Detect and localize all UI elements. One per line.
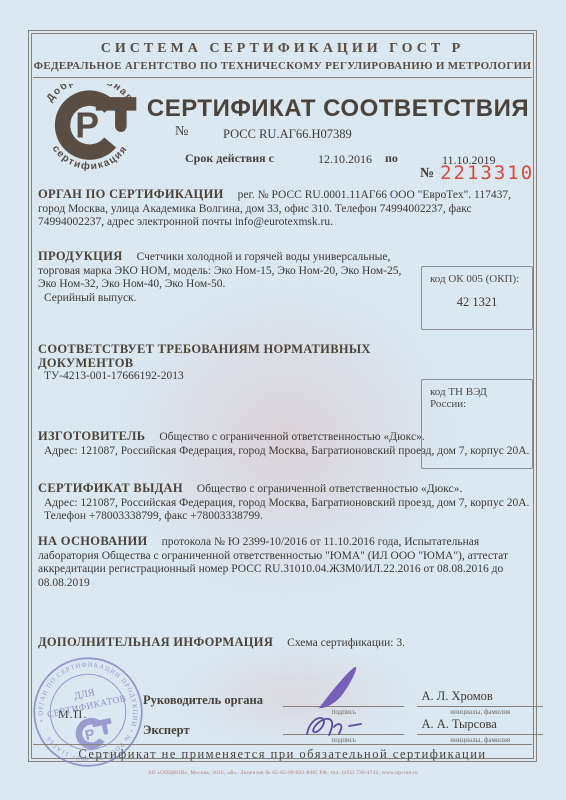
name-caption: инициалы, фамилия <box>417 736 543 744</box>
cert-number-value: РОСС RU.АГ66.Н07389 <box>223 127 352 142</box>
section-conformity: СООТВЕТСТВУЕТ ТРЕБОВАНИЯМ НОРМАТИВНЫХ ДО… <box>38 343 420 384</box>
issued-to-text: Общество с ограниченной ответственностью… <box>197 483 462 495</box>
okp-code-box: код ОК 005 (ОКП): 42 1321 <box>421 266 533 330</box>
validity-to-label: по <box>385 151 398 166</box>
issued-to-label: СЕРТИФИКАТ ВЫДАН <box>38 481 183 495</box>
conformity-label: СООТВЕТСТВУЕТ ТРЕБОВАНИЯМ НОРМАТИВНЫХ ДО… <box>38 343 420 370</box>
header-divider <box>33 77 532 78</box>
certificate-page: СИСТЕМА СЕРТИФИКАЦИИ ГОСТ Р ФЕДЕРАЛЬНОЕ … <box>0 0 566 800</box>
section-certification-body: ОРГАН ПО СЕРТИФИКАЦИИрег. № РОСС RU.0001… <box>38 188 540 230</box>
okp-code-value: 42 1321 <box>430 295 524 310</box>
handwritten-signature-expert <box>303 712 375 740</box>
mp-placeholder: М.П. <box>58 707 87 722</box>
signature-role: Эксперт <box>143 723 283 744</box>
signature-name-cell: А. А. Тырсова инициалы, фамилия <box>417 717 543 744</box>
manufacturer-address: Адрес: 121087, Российская Федерация, гор… <box>38 445 538 459</box>
conformity-text: ТУ-4213-001-17666192-2013 <box>38 370 420 384</box>
cert-number-sign: № <box>175 124 188 140</box>
disclaimer-strip: Сертификат не применяется при обязательн… <box>33 744 532 762</box>
signature-line-cell: подпись <box>283 712 404 744</box>
agency-line: ФЕДЕРАЛЬНОЕ АГЕНТСТВО ПО ТЕХНИЧЕСКОМУ РЕ… <box>33 60 532 72</box>
document-title: СЕРТИФИКАТ СООТВЕТСТВИЯ <box>140 95 536 123</box>
issued-to-address: Адрес: 121087, Российская Федерация, гор… <box>38 497 538 511</box>
form-number-sign: № <box>420 166 434 181</box>
certification-system-line: СИСТЕМА СЕРТИФИКАЦИИ ГОСТ Р <box>33 35 532 57</box>
signature-art <box>283 712 404 734</box>
product-release-text: Серийный выпуск. <box>38 292 420 306</box>
rst-monogram-letter: Р <box>75 106 99 146</box>
validity-label: Срок действия с <box>185 151 274 165</box>
manufacturer-label: ИЗГОТОВИТЕЛЬ <box>38 429 145 443</box>
section-manufacturer: ИЗГОТОВИТЕЛЬОбщество с ограниченной отве… <box>38 430 538 458</box>
rst-logo: Добровольная сертификация Р <box>36 84 144 174</box>
manufacturer-text: Общество с ограниченной ответственностью… <box>159 431 424 443</box>
name-line <box>417 706 543 707</box>
section-product: ПРОДУКЦИЯСчетчики холодной и горячей вод… <box>38 250 420 305</box>
handwritten-signature-head <box>313 664 365 710</box>
validity-from-date: 12.10.2016 <box>318 152 372 167</box>
rst-monogram-shapes <box>63 98 137 152</box>
printing-house-info: АО «ОПЦИОН», Москва, 2016, «В». Лицензия… <box>0 771 566 776</box>
tnved-code-label: код ТН ВЭД России: <box>430 386 524 410</box>
section-issued-to: СЕРТИФИКАТ ВЫДАНОбщество с ограниченной … <box>38 482 538 524</box>
section-basis: НА ОСНОВАНИИпротокола № Ю 2399-10/2016 о… <box>38 535 538 590</box>
masthead: СИСТЕМА СЕРТИФИКАЦИИ ГОСТ Р ФЕДЕРАЛЬНОЕ … <box>33 35 532 72</box>
rst-logo-graphic: Добровольная сертификация Р <box>36 84 144 174</box>
basis-label: НА ОСНОВАНИИ <box>38 534 148 548</box>
stamp-rst-letter: Р <box>84 726 97 744</box>
okp-code-label: код ОК 005 (ОКП): <box>430 273 524 285</box>
issued-to-phone: Телефон +78003338799, факс +78003338799. <box>38 510 538 524</box>
certification-body-label: ОРГАН ПО СЕРТИФИКАЦИИ <box>38 187 224 201</box>
signature-row-head: Руководитель органа подпись А. Л. Хромов… <box>143 680 543 716</box>
name-line <box>417 734 543 735</box>
signatory-name: А. Л. Хромов <box>417 689 543 706</box>
signature-art <box>283 680 404 706</box>
signatory-name: А. А. Тырсова <box>417 717 543 734</box>
additional-info-text: Схема сертификации: 3. <box>287 637 405 649</box>
signature-row-expert: Эксперт подпись А. А. Тырсова инициалы, … <box>143 712 543 744</box>
product-label: ПРОДУКЦИЯ <box>38 249 123 263</box>
signature-line-cell: подпись <box>283 680 404 716</box>
form-number-digits: 2213310 <box>440 162 534 184</box>
form-number: №2213310 <box>420 162 534 184</box>
